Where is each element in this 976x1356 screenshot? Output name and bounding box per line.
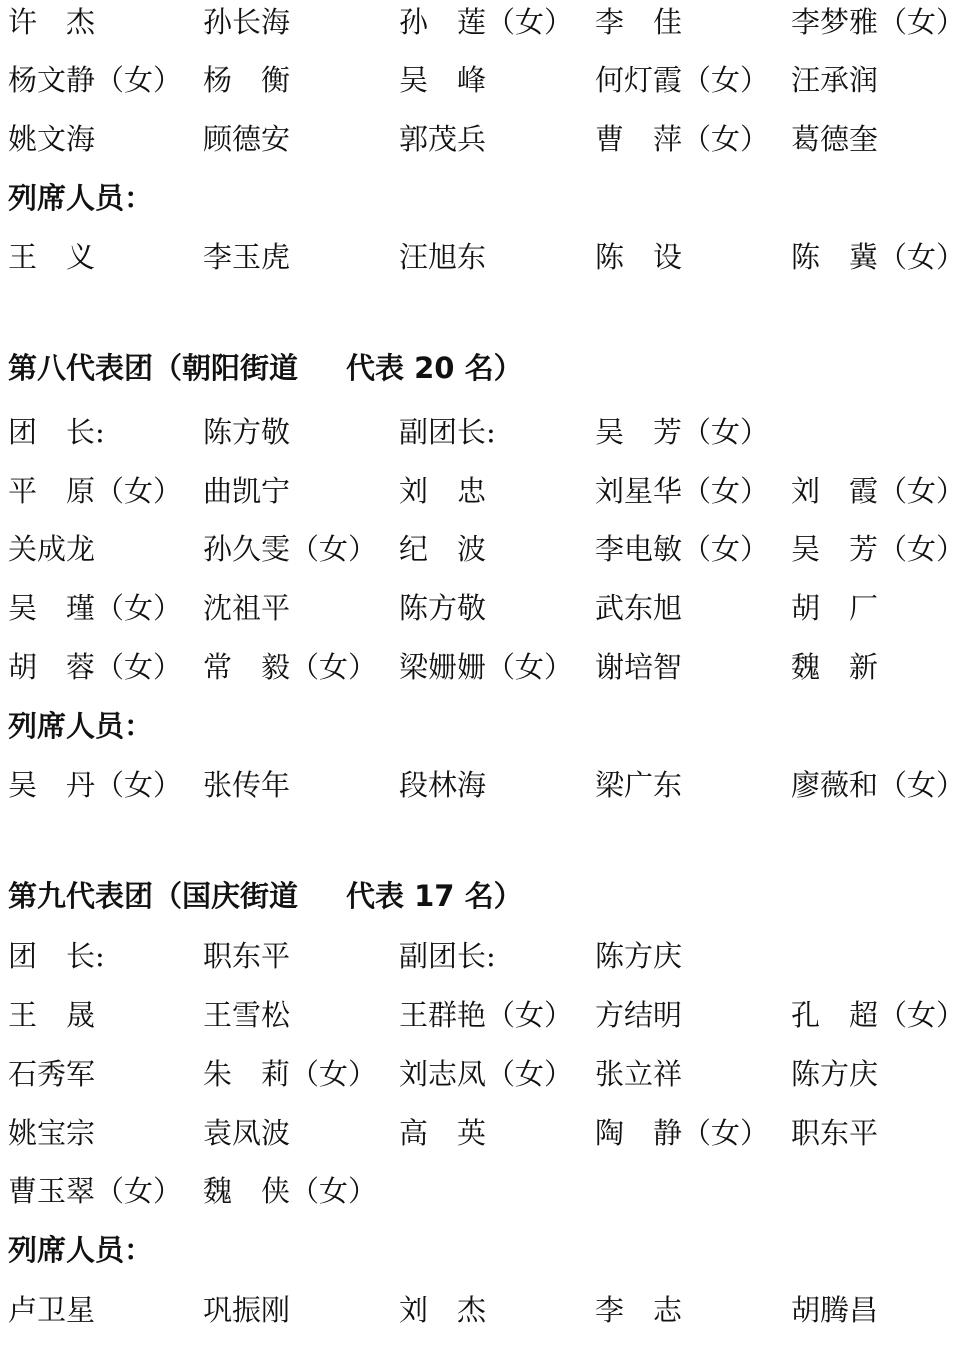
member-name: 方结明 bbox=[595, 995, 682, 1035]
member-name: 葛德奎 bbox=[791, 119, 878, 159]
section-heading-group: 第九代表团（国庆街道 bbox=[8, 879, 298, 913]
member-row: 姚文海 顾德安 郭茂兵 曹 萍（女） 葛德奎 bbox=[8, 119, 976, 159]
attendee-name: 李 志 bbox=[595, 1290, 682, 1330]
member-name: 孙长海 bbox=[203, 2, 290, 42]
member-name: 何灯霞（女） bbox=[595, 60, 769, 100]
member-name: 刘 忠 bbox=[399, 471, 486, 511]
member-name: 孙久雯（女） bbox=[203, 529, 377, 569]
member-name: 刘 霞（女） bbox=[791, 471, 965, 511]
attendee-name: 汪旭东 bbox=[399, 237, 486, 277]
member-name: 胡 厂 bbox=[791, 588, 878, 628]
member-name: 陶 静（女） bbox=[595, 1113, 769, 1153]
member-name: 袁凤波 bbox=[203, 1113, 290, 1153]
member-name: 吴 峰 bbox=[399, 60, 486, 100]
section-heading: 第九代表团（国庆街道代表 17 名） bbox=[8, 874, 523, 918]
deputy-label: 副团长: bbox=[399, 412, 496, 452]
member-name: 郭茂兵 bbox=[399, 119, 486, 159]
deputy-name: 吴 芳（女） bbox=[595, 412, 769, 452]
section-heading-count: 代表 20 名） bbox=[346, 351, 523, 385]
member-name: 王雪松 bbox=[203, 995, 290, 1035]
member-name: 魏 新 bbox=[791, 647, 878, 687]
attendee-name: 梁广东 bbox=[595, 765, 682, 805]
member-name: 姚宝宗 bbox=[8, 1113, 95, 1153]
member-name: 陈方敬 bbox=[399, 588, 486, 628]
member-name: 刘星华（女） bbox=[595, 471, 769, 511]
member-row: 关成龙 孙久雯（女） 纪 波 李电敏（女） 吴 芳（女） bbox=[8, 529, 976, 569]
attendee-name: 吴 丹（女） bbox=[8, 765, 182, 805]
attendee-name: 廖薇和（女） bbox=[791, 765, 965, 805]
attendee-name: 张传年 bbox=[203, 765, 290, 805]
member-name: 孙 莲（女） bbox=[399, 2, 573, 42]
member-name: 吴 芳（女） bbox=[791, 529, 965, 569]
member-name: 李电敏（女） bbox=[595, 529, 769, 569]
member-name: 沈祖平 bbox=[203, 588, 290, 628]
member-row: 王 晟 王雪松 王群艳（女） 方结明 孔 超（女） bbox=[8, 995, 976, 1035]
attendee-name: 段林海 bbox=[399, 765, 486, 805]
member-name: 曹玉翠（女） bbox=[8, 1171, 182, 1211]
attendee-row: 吴 丹（女） 张传年 段林海 梁广东 廖薇和（女） bbox=[8, 765, 976, 805]
member-name: 魏 侠（女） bbox=[203, 1171, 377, 1211]
attendee-name: 李玉虎 bbox=[203, 237, 290, 277]
leader-name: 职东平 bbox=[203, 936, 290, 976]
attendee-name: 胡腾昌 bbox=[791, 1290, 878, 1330]
attendee-name: 陈 设 bbox=[595, 237, 682, 277]
member-name: 常 毅（女） bbox=[203, 647, 377, 687]
member-name: 杨文静（女） bbox=[8, 60, 182, 100]
member-row: 杨文静（女） 杨 衡 吴 峰 何灯霞（女） 汪承润 bbox=[8, 60, 976, 100]
member-name: 高 英 bbox=[399, 1113, 486, 1153]
attendee-name: 陈 冀（女） bbox=[791, 237, 965, 277]
member-name: 武东旭 bbox=[595, 588, 682, 628]
leaders-row: 团 长: 陈方敬 副团长: 吴 芳（女） bbox=[8, 412, 976, 452]
attendee-name: 巩振刚 bbox=[203, 1290, 290, 1330]
member-name: 张立祥 bbox=[595, 1054, 682, 1094]
member-row: 曹玉翠（女） 魏 侠（女） bbox=[8, 1171, 976, 1211]
attendees-label: 列席人员： bbox=[8, 178, 153, 218]
attendees-label: 列席人员： bbox=[8, 706, 153, 746]
member-row: 吴 瑾（女） 沈祖平 陈方敬 武东旭 胡 厂 bbox=[8, 588, 976, 628]
attendee-name: 王 义 bbox=[8, 237, 95, 277]
leader-label: 团 长: bbox=[8, 412, 105, 452]
attendees-label: 列席人员： bbox=[8, 1230, 153, 1270]
attendee-name: 刘 杰 bbox=[399, 1290, 486, 1330]
leaders-row: 团 长: 职东平 副团长: 陈方庆 bbox=[8, 936, 976, 976]
member-name: 谢培智 bbox=[595, 647, 682, 687]
member-name: 李 佳 bbox=[595, 2, 682, 42]
member-name: 汪承润 bbox=[791, 60, 878, 100]
member-row: 胡 蓉（女） 常 毅（女） 梁姗姗（女） 谢培智 魏 新 bbox=[8, 647, 976, 687]
leader-name: 陈方敬 bbox=[203, 412, 290, 452]
member-name: 陈方庆 bbox=[791, 1054, 878, 1094]
member-name: 曲凯宁 bbox=[203, 471, 290, 511]
member-name: 职东平 bbox=[791, 1113, 878, 1153]
attendee-row: 王 义 李玉虎 汪旭东 陈 设 陈 冀（女） bbox=[8, 237, 976, 277]
member-name: 姚文海 bbox=[8, 119, 95, 159]
deputy-label: 副团长: bbox=[399, 936, 496, 976]
deputy-name: 陈方庆 bbox=[595, 936, 682, 976]
member-name: 梁姗姗（女） bbox=[399, 647, 573, 687]
member-name: 杨 衡 bbox=[203, 60, 290, 100]
member-name: 石秀军 bbox=[8, 1054, 95, 1094]
member-name: 胡 蓉（女） bbox=[8, 647, 182, 687]
member-name: 孔 超（女） bbox=[791, 995, 965, 1035]
section-heading-group: 第八代表团（朝阳街道 bbox=[8, 351, 298, 385]
member-row: 姚宝宗 袁凤波 高 英 陶 静（女） 职东平 bbox=[8, 1113, 976, 1153]
member-name: 吴 瑾（女） bbox=[8, 588, 182, 628]
member-name: 王群艳（女） bbox=[399, 995, 573, 1035]
member-name: 顾德安 bbox=[203, 119, 290, 159]
member-name: 纪 波 bbox=[399, 529, 486, 569]
member-name: 李梦雅（女） bbox=[791, 2, 965, 42]
member-row: 平 原（女） 曲凯宁 刘 忠 刘星华（女） 刘 霞（女） bbox=[8, 471, 976, 511]
member-name: 关成龙 bbox=[8, 529, 95, 569]
member-name: 许 杰 bbox=[8, 2, 95, 42]
section-heading: 第八代表团（朝阳街道代表 20 名） bbox=[8, 346, 523, 390]
leader-label: 团 长: bbox=[8, 936, 105, 976]
member-name: 平 原（女） bbox=[8, 471, 182, 511]
member-row: 石秀军 朱 莉（女） 刘志凤（女） 张立祥 陈方庆 bbox=[8, 1054, 976, 1094]
member-name: 刘志凤（女） bbox=[399, 1054, 573, 1094]
member-name: 曹 萍（女） bbox=[595, 119, 769, 159]
section-heading-count: 代表 17 名） bbox=[346, 879, 523, 913]
attendee-row: 卢卫星 巩振刚 刘 杰 李 志 胡腾昌 bbox=[8, 1290, 976, 1330]
member-name: 王 晟 bbox=[8, 995, 95, 1035]
member-name: 朱 莉（女） bbox=[203, 1054, 377, 1094]
member-row: 许 杰 孙长海 孙 莲（女） 李 佳 李梦雅（女） bbox=[8, 2, 976, 42]
attendee-name: 卢卫星 bbox=[8, 1290, 95, 1330]
